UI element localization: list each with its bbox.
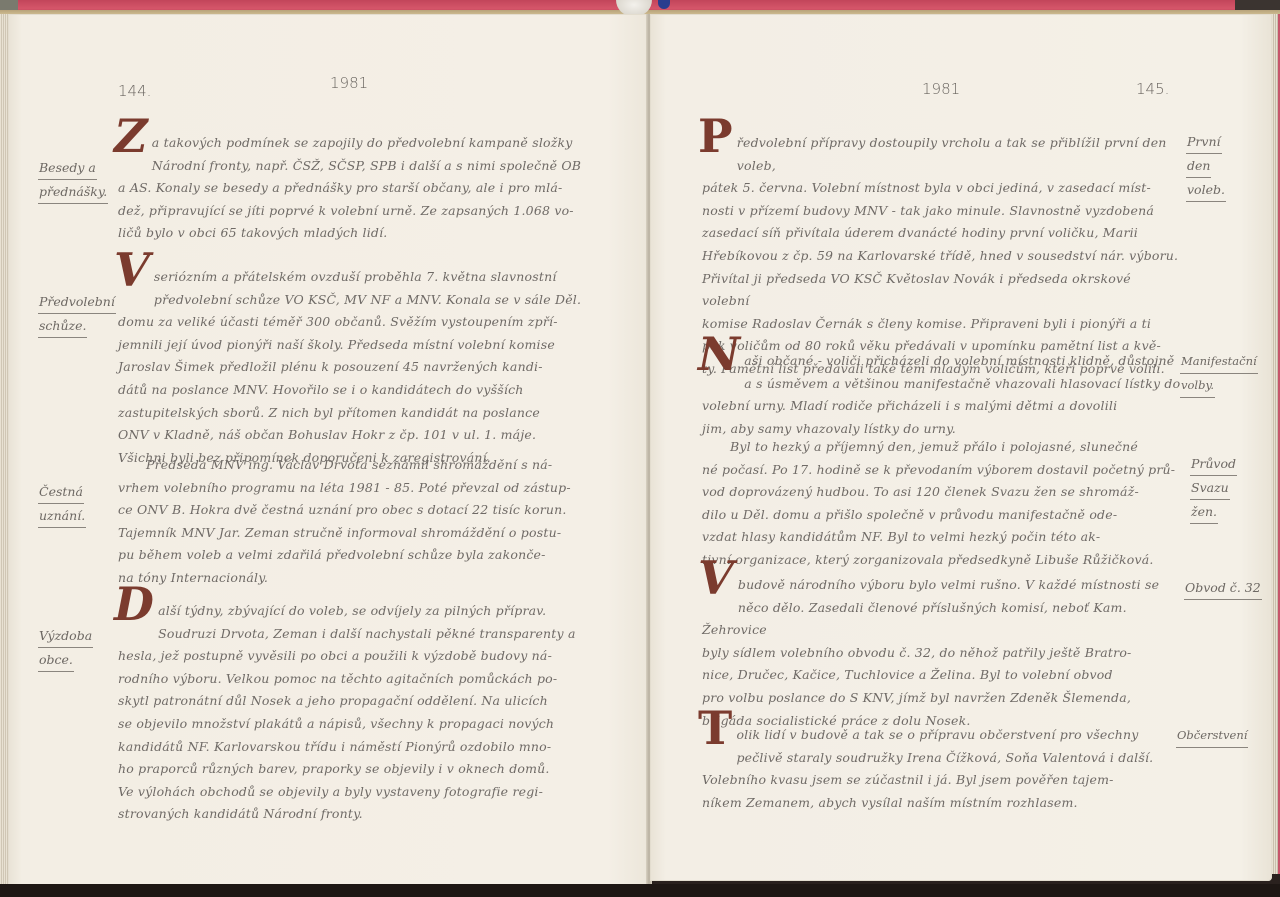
text-line: a s úsměvem a většinou manifestačně vhaz… [702, 373, 1182, 396]
text-line: zasedací síň přivítala úderem dvanácté h… [702, 222, 1182, 245]
margin-note-line: volby. [1180, 374, 1215, 398]
text-line: Volebního kvasu jsem se zúčastnil i já. … [702, 769, 1182, 792]
text-line: Tajemník MNV Jar. Zeman stručně informov… [118, 522, 618, 545]
text-line: hesla, jež postupně vyvěsili po obci a p… [118, 645, 618, 668]
paragraph-vyzdoba-obce: D alší týdny, zbývající do voleb, se odv… [118, 600, 618, 826]
margin-note-vyzdoba-obce: Výzdoba obce. [38, 624, 93, 672]
margin-note-line: Besedy a [38, 156, 97, 180]
page-number-right: 145. [1136, 80, 1169, 98]
text-line: seriózním a přátelském ovzduší proběhla … [118, 266, 618, 289]
margin-note-line: Manifestační [1180, 350, 1258, 374]
text-line: nice, Dručec, Kačice, Tuchlovice a Želin… [702, 664, 1182, 687]
margin-note-line: Předvolební [38, 290, 116, 314]
paragraph-cestna-uznani: Předseda MNV ing. Václav Drvota seznámil… [118, 454, 618, 590]
dropcap-letter: V [114, 250, 150, 290]
text-line: níkem Zemanem, abych vysílal naším místn… [702, 792, 1182, 815]
margin-note-line: uznání. [38, 504, 86, 528]
text-line: né počasí. Po 17. hodině se k převodaním… [702, 459, 1182, 482]
text-line: ONV v Kladně, náš občan Bohuslav Hokr z … [118, 424, 618, 447]
text-line: Hřebíkovou z čp. 59 na Karlovarské třídě… [702, 245, 1182, 268]
text-line: ředvolební přípravy dostoupily vrcholu a… [702, 132, 1182, 177]
text-line: vod doprovázený hudbou. To asi 120 člene… [702, 481, 1182, 504]
text-line: dátů na poslance MNV. Hovořilo se i o ka… [118, 379, 618, 402]
text-line: olik lidí v budově a tak se o přípravu o… [702, 724, 1182, 747]
dropcap-letter: V [698, 558, 734, 598]
margin-note-line: Občerstvení [1176, 724, 1248, 748]
text-line: kandidátů NF. Karlovarskou třídu i náměs… [118, 736, 618, 759]
text-line: jemnili její úvod pionýři naší školy. Př… [118, 334, 618, 357]
margin-note-obcerstveni: Občerstvení [1176, 724, 1248, 748]
text-line: Byl to hezký a příjemný den, jemuž přálo… [702, 436, 1182, 459]
dropcap-letter: P [698, 116, 733, 156]
margin-note-line: obce. [38, 648, 74, 672]
dropcap-letter: N [698, 334, 740, 374]
text-line: strovaných kandidátů Národní fronty. [118, 803, 618, 826]
paragraph-obcerstveni: T olik lidí v budově a tak se o přípravu… [702, 724, 1182, 814]
margin-note-cestna-uznani: Čestná uznání. [38, 480, 86, 528]
text-line: na tóny Internacionály. [118, 567, 618, 590]
text-line: Ve výlohách obchodů se objevily a byly v… [118, 781, 618, 804]
text-line: zastupitelských sborů. Z nich byl přítom… [118, 402, 618, 425]
paragraph-predvolebni-schuze: V seriózním a přátelském ovzduší proběhl… [118, 266, 618, 469]
text-line: vrhem volebního programu na léta 1981 - … [118, 477, 618, 500]
dropcap-letter: Z [114, 116, 148, 156]
margin-note-line: schůze. [38, 314, 87, 338]
text-line: skytl patronátní důl Nosek a jeho propag… [118, 690, 618, 713]
margin-note-line: Svazu [1190, 476, 1230, 500]
table-surface [0, 884, 1280, 897]
margin-note-pruvod-svazu-zen: Průvod Svazu žen. [1190, 452, 1237, 524]
text-line: Jaroslav Šimek předložil plénu k posouze… [118, 356, 618, 379]
text-line: alší týdny, zbývající do voleb, se odvíj… [118, 600, 618, 623]
text-line: a AS. Konaly se besedy a přednášky pro s… [118, 177, 618, 200]
right-page: 1981 145. První den voleb. Manifestační … [650, 14, 1272, 881]
text-line: ličů bylo v obci 65 takových mladých lid… [118, 222, 618, 245]
text-line: se objevilo množství plakátů a nápisů, v… [118, 713, 618, 736]
text-line: nosti v přízemí budovy MNV - tak jako mi… [702, 200, 1182, 223]
margin-note-line: žen. [1190, 500, 1218, 524]
page-year-right: 1981 [922, 80, 960, 98]
margin-note-line: Výzdoba [38, 624, 93, 648]
margin-note-manifestacni-volby: Manifestační volby. [1180, 350, 1258, 398]
paragraph-manifestacni-volby: N aši občané - voliči přicházeli do vole… [702, 350, 1182, 440]
page-year-left: 1981 [330, 74, 368, 92]
text-line: pátek 5. června. Volební místnost byla v… [702, 177, 1182, 200]
text-line: byly sídlem volebního obvodu č. 32, do n… [702, 642, 1182, 665]
margin-note-obvod-32: Obvod č. 32 [1184, 576, 1262, 600]
margin-note-predvolebni-schuze: Předvolební schůze. [38, 290, 116, 338]
page-number-left: 144. [118, 82, 151, 100]
margin-note-line: voleb. [1186, 178, 1226, 202]
text-line: Národní fronty, např. ČSŽ, SČSP, SPB i d… [118, 155, 618, 178]
text-line: Přivítal ji předseda VO KSČ Květoslav No… [702, 268, 1182, 313]
text-line: pečlivě staraly soudružky Irena Čížková,… [702, 747, 1182, 770]
margin-note-line: přednášky. [38, 180, 108, 204]
text-line: budově národního výboru bylo velmi rušno… [702, 574, 1182, 597]
paragraph-pruvod-svazu-zen: Byl to hezký a příjemný den, jemuž přálo… [702, 436, 1182, 572]
text-line: dilo u Děl. domu a přišlo společně v prů… [702, 504, 1182, 527]
text-line: tivní organizace, který zorganizovala př… [702, 549, 1182, 572]
text-line: Předseda MNV ing. Václav Drvota seznámil… [118, 454, 618, 477]
text-line: volební urny. Mladí rodiče přicházeli i … [702, 395, 1182, 418]
left-page: 144. 1981 Besedy a přednášky. Předvolebn… [8, 14, 648, 890]
margin-note-line: den [1186, 154, 1211, 178]
margin-note-line: Čestná [38, 480, 84, 504]
margin-note-line: První [1186, 130, 1222, 154]
text-line: rodního výboru. Velkou pomoc na těchto a… [118, 668, 618, 691]
text-line: ce ONV B. Hokra dvě čestná uznání pro ob… [118, 499, 618, 522]
text-line: a takových podmínek se zapojily do předv… [118, 132, 618, 155]
text-line: Soudruzi Drvota, Zeman i další nachystal… [118, 623, 618, 646]
margin-note-prvni-den-voleb: První den voleb. [1186, 130, 1226, 202]
text-line: aši občané - voliči přicházeli do volebn… [702, 350, 1182, 373]
margin-note-line: Průvod [1190, 452, 1237, 476]
dropcap-letter: D [114, 584, 154, 624]
text-line: předvolební schůze VO KSČ, MV NF a MNV. … [118, 289, 618, 312]
text-line: něco dělo. Zasedali členové příslušných … [702, 597, 1182, 642]
paragraph-besedy: Z a takových podmínek se zapojily do pře… [118, 132, 618, 245]
dropcap-letter: T [698, 708, 732, 748]
text-line: komise Radoslav Černák s členy komise. P… [702, 313, 1182, 336]
text-line: pu během voleb a velmi zdařilá předvoleb… [118, 544, 618, 567]
paragraph-obvod-32: V budově národního výboru bylo velmi ruš… [702, 574, 1182, 732]
text-line: pro volbu poslance do S KNV, jímž byl na… [702, 687, 1182, 710]
text-line: domu za veliké účasti téměř 300 občanů. … [118, 311, 618, 334]
text-line: dež, připravující se jíti poprvé k voleb… [118, 200, 618, 223]
text-line: vzdat hlasy kandidátům NF. Byl to velmi … [702, 526, 1182, 549]
margin-note-line: Obvod č. 32 [1184, 576, 1262, 600]
paragraph-prvni-den-voleb: P ředvolební přípravy dostoupily vrcholu… [702, 132, 1182, 381]
text-line: ho praporců různých barev, praporky se o… [118, 758, 618, 781]
margin-note-besedy: Besedy a přednášky. [38, 156, 108, 204]
